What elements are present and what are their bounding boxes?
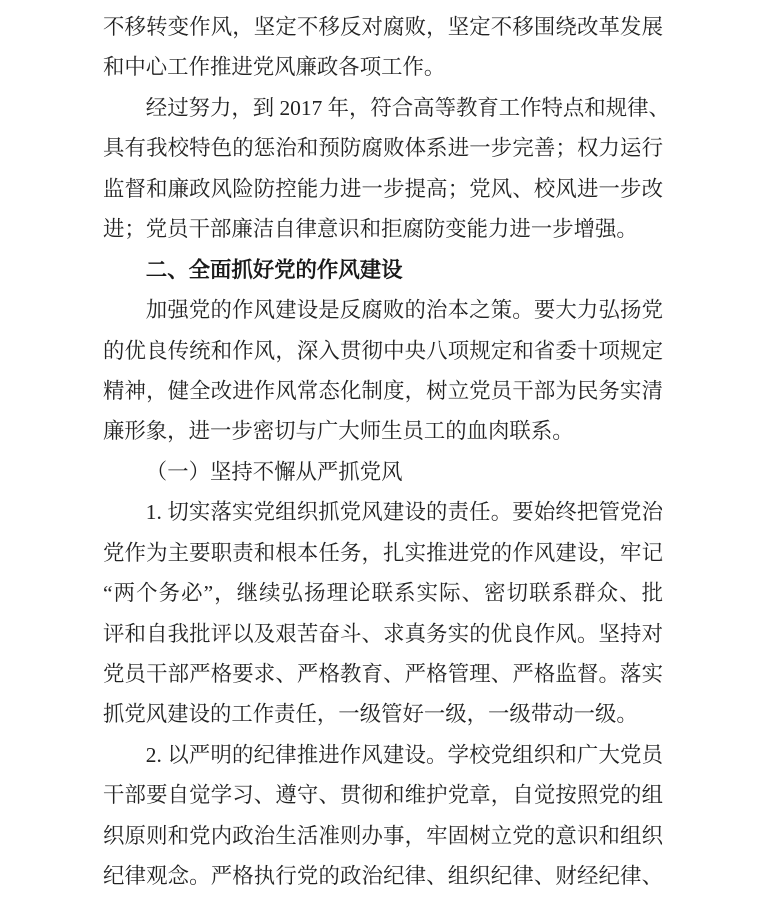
- document-page: 不移转变作风，坚定不移反对腐败，坚定不移围绕改革发展 和中心工作推进党风廉政各项…: [0, 0, 780, 906]
- text-line: 具有我校特色的惩治和预防腐败体系进一步完善；权力运行: [103, 128, 663, 168]
- text-line: 纪律观念。严格执行党的政治纪律、组织纪律、财经纪律、: [103, 856, 663, 896]
- text-line: 加强党的作风建设是反腐败的治本之策。要大力弘扬党: [103, 290, 663, 330]
- text-line: “两个务必”，继续弘扬理论联系实际、密切联系群众、批: [103, 573, 663, 613]
- text-line: 党作为主要职责和根本任务，扎实推进党的作风建设，牢记: [103, 533, 663, 573]
- text-line: 评和自我批评以及艰苦奋斗、求真务实的优良作风。坚持对: [103, 614, 663, 654]
- text-line: 精神，健全改进作风常态化制度，树立党员干部为民务实清: [103, 371, 663, 411]
- text-line: 不移转变作风，坚定不移反对腐败，坚定不移围绕改革发展: [103, 7, 663, 47]
- text-line: 进；党员干部廉洁自律意识和拒腐防变能力进一步增强。: [103, 209, 663, 249]
- section-heading: 二、全面抓好党的作风建设: [103, 250, 663, 290]
- text-line: 干部要自觉学习、遵守、贯彻和维护党章，自觉按照党的组: [103, 775, 663, 815]
- text-line: 抓党风建设的工作责任，一级管好一级，一级带动一级。: [103, 694, 663, 734]
- text-line: 经过努力，到 2017 年，符合高等教育工作特点和规律、: [103, 88, 663, 128]
- text-line: 织原则和党内政治生活准则办事，牢固树立党的意识和组织: [103, 816, 663, 856]
- subsection-heading: （一）坚持不懈从严抓党风: [103, 452, 663, 492]
- text-line: 2. 以严明的纪律推进作风建设。学校党组织和广大党员: [103, 735, 663, 775]
- text-line: 和中心工作推进党风廉政各项工作。: [103, 47, 663, 87]
- text-line: 监督和廉政风险防控能力进一步提高；党风、校风进一步改: [103, 169, 663, 209]
- text-line: 1. 切实落实党组织抓党风建设的责任。要始终把管党治: [103, 492, 663, 532]
- text-line: 党员干部严格要求、严格教育、严格管理、严格监督。落实: [103, 654, 663, 694]
- text-line: 廉形象，进一步密切与广大师生员工的血肉联系。: [103, 411, 663, 451]
- text-line: 的优良传统和作风，深入贯彻中央八项规定和省委十项规定: [103, 331, 663, 371]
